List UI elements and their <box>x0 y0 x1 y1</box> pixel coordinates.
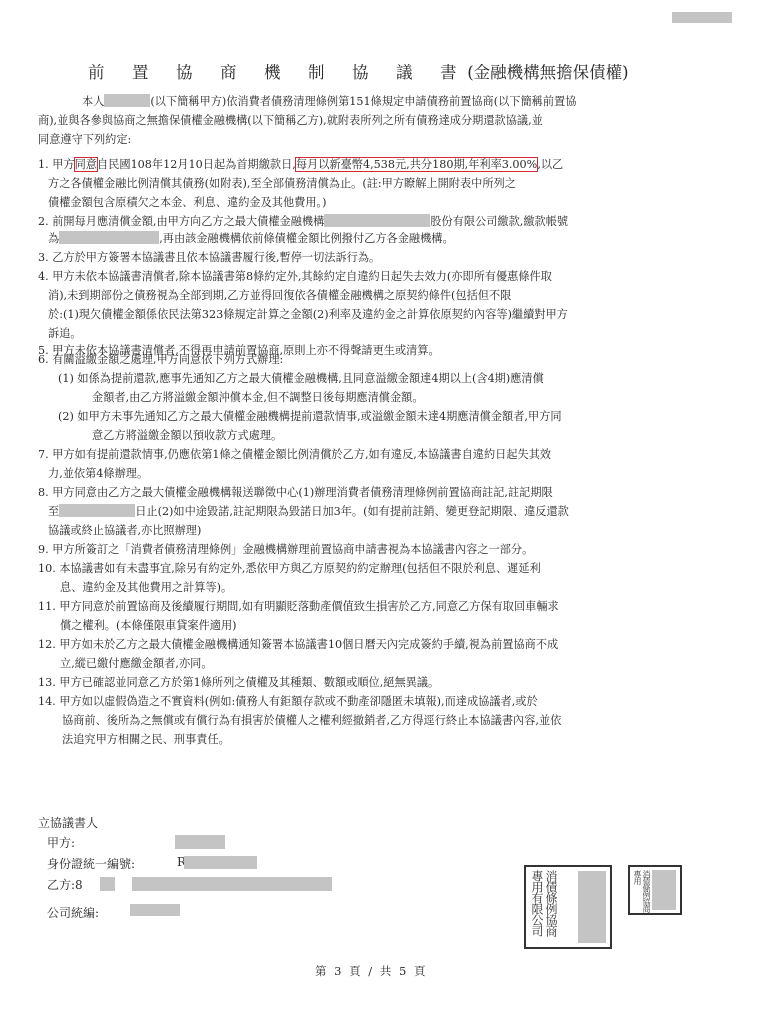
title-char: 協 <box>352 59 396 83</box>
title-char: 書 <box>440 59 462 83</box>
clause-2-line-2: 為,再由該金融機構依前條債權金額比例撥付乙方各金融機構。 <box>48 229 454 248</box>
title-main: 前置協商機制協議書 <box>88 63 467 82</box>
title-char: 機 <box>264 59 308 83</box>
clause-text: ,再由該金融機構依前條債權金額比例撥付乙方各金融機構。 <box>159 232 453 245</box>
id-number-label: 身份證統一編號: <box>47 855 135 872</box>
redacted-header-info <box>672 12 732 23</box>
redacted-party-a-name <box>175 835 225 849</box>
intro-text: 本人 <box>82 95 104 108</box>
clause-12-line-1: 12. 甲方如未於乙方之最大債權金融機構通知簽署本協議書10個日曆天內完成簽約手… <box>38 635 558 654</box>
clause-6-head: 6. 有關溢繳金額之處理,甲方同意依下列方式辦理: <box>38 350 283 369</box>
redacted-seal-name <box>578 871 606 943</box>
clause-10-line-2: 息、違約金及其他費用之計算等)。 <box>60 578 232 597</box>
clause-text: 至 <box>48 505 59 518</box>
clause-8-line-1: 8. 甲方同意由乙方之最大債權金融機構報送聯徵中心(1)辦理消費者債務清理條例前… <box>38 483 553 502</box>
clause-10-line-1: 10. 本協議書如有未盡事宜,除另有約定外,悉依甲方與乙方原契約約定辦理(包括但… <box>38 559 541 578</box>
clause-14-line-2: 協商前、後所為之無償或有償行為有損害於債權人之權利經撤銷者,乙方得逕行終止本協議… <box>62 711 561 730</box>
redacted-company-number <box>130 904 180 916</box>
clause-6-sub-1-line-1: (1) 如係為提前還款,應事先通知乙方之最大債權金融機構,且同意溢繳金額達4期以… <box>58 369 544 388</box>
clause-text: 1. 甲方 <box>38 158 75 171</box>
clause-6-sub-1-line-2: 金額者,由乙方將溢繳金額沖償本金,但不調整日後每期應清償金額。 <box>92 388 424 407</box>
clause-1: 1. 甲方同意自民國108年12月10日起為首期繳款日,每月以新臺幣4,538元… <box>38 155 563 174</box>
clause-11-line-2: 償之權利。(本條僅限車貸案件適用) <box>60 616 237 635</box>
redacted-seal-name <box>652 870 676 910</box>
payment-terms-highlight: 每月以新臺幣4,538元,共分180期,年利率3.00% <box>296 158 537 171</box>
company-number-label: 公司統編: <box>47 904 99 921</box>
signatories-heading: 立協議書人 <box>38 814 98 831</box>
redacted-date <box>59 504 135 517</box>
seal-text: 消債條例協商專用 <box>633 870 651 912</box>
clause-6-sub-2-line-1: (2) 如甲方未事先通知乙方之最大債權金融機構提前還款情事,或溢繳金額未達4期應… <box>58 407 562 426</box>
clause-3: 3. 乙方於甲方簽署本協議書且依本協議書履行後,暫停一切法訴行為。 <box>38 248 380 267</box>
clause-9: 9. 甲方所簽訂之「消費者債務清理條例」金融機構辦理前置協商申請書視為本協議書內… <box>38 540 533 559</box>
title-char: 商 <box>220 59 264 83</box>
title-suffix: (金融機構無擔保債權) <box>467 63 628 82</box>
intro-text: (以下簡稱甲方)依消費者債務清理條例第151條規定申請債務前置協商(以下簡稱前置… <box>150 95 576 108</box>
clause-7-line-2: 力,並依第4條辦理。 <box>48 464 148 483</box>
title-char: 前 <box>88 59 132 83</box>
company-seal-small: 消債條例協商專用 <box>628 865 682 915</box>
clause-text: 自民國108年12月10日起為首期繳款日, <box>97 158 296 171</box>
clause-text: 股份有限公司繳款,繳款帳號 <box>430 215 568 228</box>
clause-text: 為 <box>48 232 59 245</box>
title-char: 制 <box>308 59 352 83</box>
agree-highlight: 同意 <box>75 158 97 171</box>
document-title: 前置協商機制協議書 (金融機構無擔保債權) <box>88 59 728 83</box>
clause-4-line-3: 於:(1)現欠債權金額係依民法第323條規定計算之金額(2)利率及違約金之計算依… <box>48 305 568 324</box>
intro-line-1: 本人(以下簡稱甲方)依消費者債務清理條例第151條規定申請債務前置協商(以下簡稱… <box>60 92 576 111</box>
intro-line-2: 商),並與各參與協商之無擔保債權金融機構(以下簡稱乙方),就附表所列之所有債務達… <box>38 111 543 130</box>
clause-text: 日止(2)如中途毀諾,註記期限為毀諾日加3年。(如有提前註銷、變更登記期限、違反… <box>135 505 569 518</box>
clause-4-line-1: 4. 甲方未依本協議書清償者,除本協議書第8條約定外,其餘約定自違約日起失去效力… <box>38 267 552 286</box>
clause-1-line-2: 方之各債權金融比例清償其債務(如附表),至全部債務清償為止。(註:甲方瞭解上開附… <box>48 174 516 193</box>
clause-8-line-3: 協議或終止協議者,亦比照辦理) <box>48 521 201 540</box>
seal-text: 消債條例協商專用有限公司 <box>530 870 558 944</box>
intro-line-3: 同意遵守下列約定: <box>38 130 131 149</box>
clause-12-line-2: 立,縱已繳付應繳金額者,亦同。 <box>60 654 213 673</box>
clause-11-line-1: 11. 甲方同意於前置協商及後續履行期間,如有明顯貶落動產價值致生損害於乙方,同… <box>38 597 559 616</box>
clause-8-line-2: 至日止(2)如中途毀諾,註記期限為毀諾日加3年。(如有提前註銷、變更登記期限、違… <box>48 502 569 521</box>
clause-text: 2. 前開每月應清償金額,由甲方向乙方之最大債權金融機構 <box>38 215 324 228</box>
clause-6-sub-2-line-2: 意乙方將溢繳金額以預收款方式處理。 <box>92 426 282 445</box>
clause-1-line-3: 債權金額包含原積欠之本金、利息、違約金及其他費用。) <box>48 193 326 212</box>
clause-13: 13. 甲方已確認並同意乙方於第1條所列之債權及其種類、數額或順位,絕無異議。 <box>38 673 439 692</box>
redacted-bank-name <box>324 214 430 227</box>
redacted-account-number <box>59 231 159 244</box>
clause-7-line-1: 7. 甲方如有提前還款情事,仍應依第1條之債權金額比例清償於乙方,如有違反,本協… <box>38 445 551 464</box>
redacted-name <box>104 94 150 107</box>
clause-text: ,以乙 <box>537 158 563 171</box>
redacted-party-b-name <box>132 877 332 891</box>
clause-14-line-1: 14. 甲方如以虛假偽造之不實資料(例如:債務人有鉅額存款或不動產卻隱匿未填報)… <box>38 692 538 711</box>
redacted-party-b-code <box>100 877 115 891</box>
clause-4-line-2: 消),未到期部份之債務視為全部到期,乙方並得回復依各債權金融機構之原契約條件(包… <box>48 286 511 305</box>
clause-14-line-3: 法追究甲方相關之民、刑事責任。 <box>62 730 230 749</box>
title-char: 協 <box>176 59 220 83</box>
page-number: 第 3 頁 / 共 5 頁 <box>315 963 427 979</box>
title-char: 置 <box>132 59 176 83</box>
party-b-label: 乙方:8 <box>47 876 83 893</box>
title-char: 議 <box>396 59 440 83</box>
redacted-id-number <box>184 856 257 869</box>
party-a-label: 甲方: <box>47 834 75 851</box>
company-seal-large: 消債條例協商專用有限公司 <box>524 865 612 949</box>
